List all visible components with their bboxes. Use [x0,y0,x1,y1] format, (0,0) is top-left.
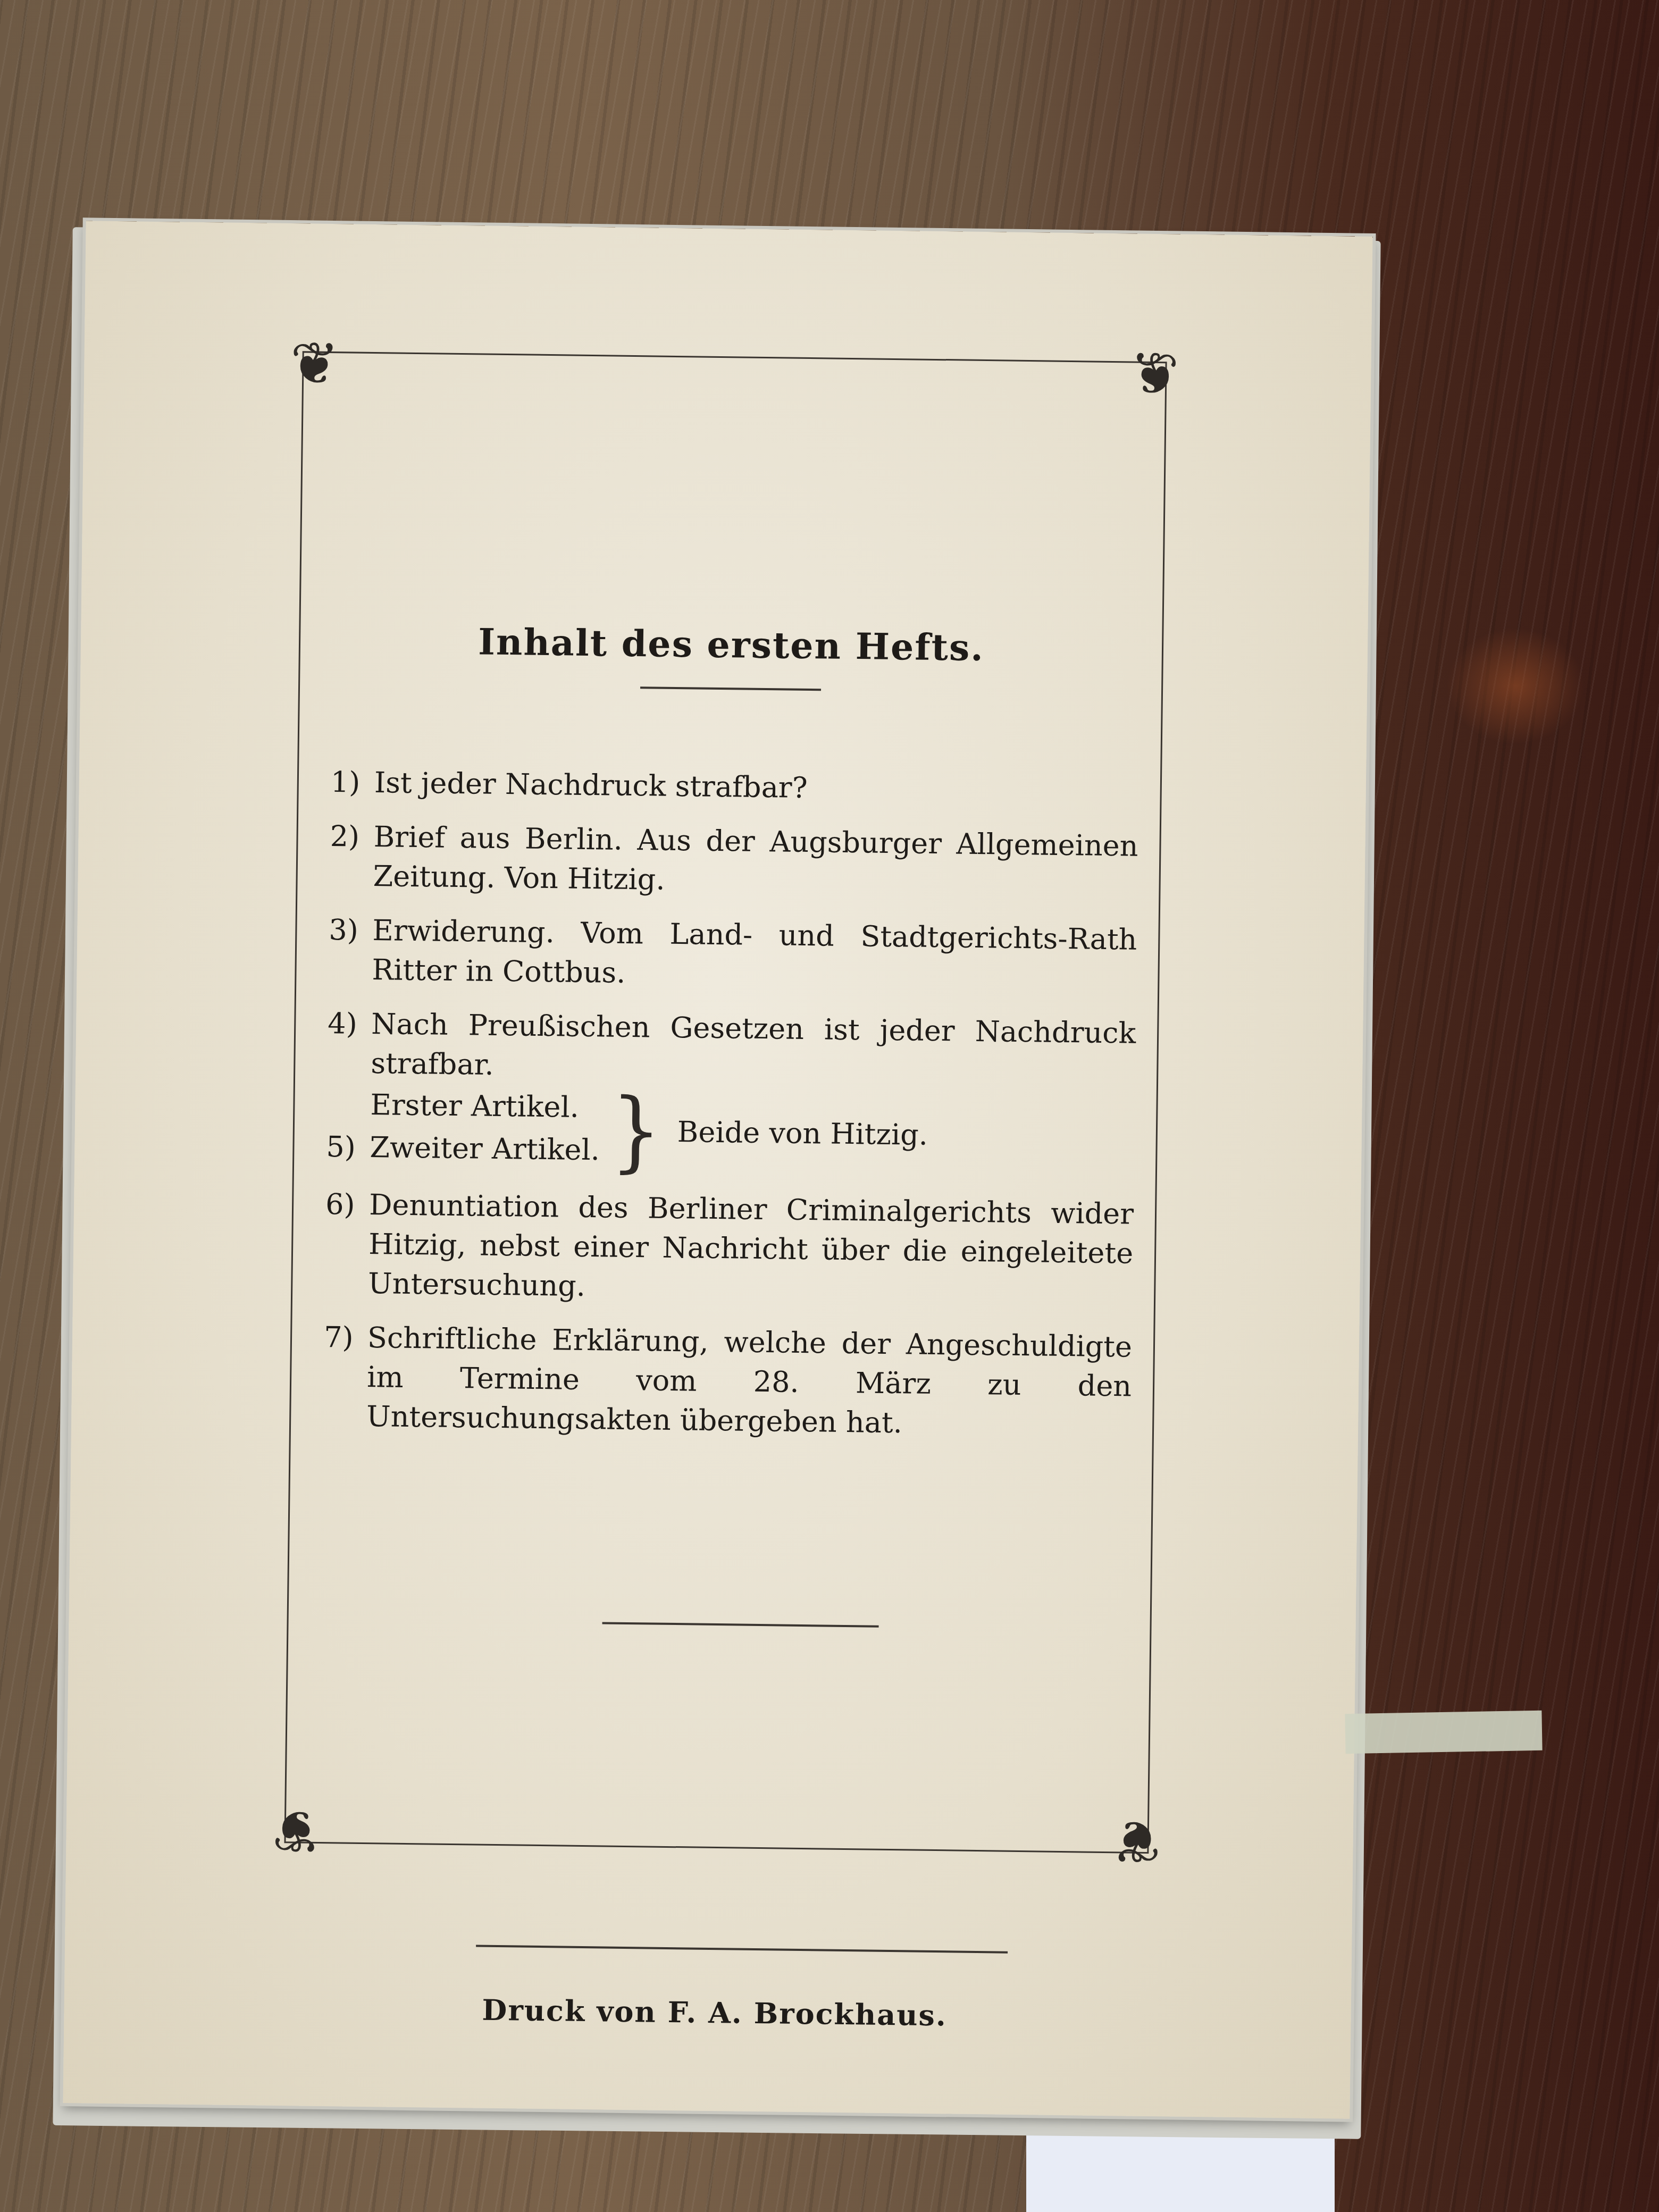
toc-entry: 6) Denuntiation des Berliner Criminalger… [324,1185,1134,1313]
entry-text: Brief aus Berlin. Aus der Augsburger All… [373,817,1138,906]
entry-text: Erwiderung. Vom Land- und Stadtgerichts-… [372,911,1137,999]
section-divider [602,1622,879,1627]
toc-entry: 7) Schriftliche Erklärung, welche der An… [323,1318,1133,1446]
ornamental-frame: ❦ ❦ ❦ ❦ Inhalt des ersten Hefts. 1) Ist … [284,351,1167,1854]
entry-number: 6) [324,1185,370,1303]
toc-entry: 1) Ist jeder Nachdruck strafbar? [330,763,1139,812]
entry-number [326,1085,371,1125]
toc-entry: 5) Zweiter Artikel. [326,1127,600,1170]
entry-number: 2) [329,817,374,896]
entry-number: 7) [323,1318,368,1436]
table-of-contents: 1) Ist jeder Nachdruck strafbar? 2) Brie… [322,763,1139,1460]
printer-imprint: Druck von F. A. Brockhaus. [283,1990,1145,2035]
title-divider [640,686,821,691]
entry-number: 1) [330,763,374,802]
wood-stain [1446,627,1585,744]
corner-ornament-icon: ❦ [1104,1809,1169,1873]
toc-entry: 3) Erwiderung. Vom Land- und Stadtgerich… [328,910,1137,999]
entry-number: 3) [328,910,373,990]
entry-number: 4) [327,1004,372,1083]
corner-ornament-icon: ❦ [1122,341,1187,406]
tape-strip [1345,1711,1542,1754]
brace-label: Beide von Hitzig. [677,1115,928,1152]
entry-text: Denuntiation des Berliner Criminalgerich… [368,1185,1134,1313]
entry-text: Nach Preußischen Gesetzen ist jeder Nach… [371,1004,1136,1093]
grouped-entries: Erster Artikel. 5) Zweiter Artikel. } Be… [326,1085,1135,1180]
imprint-divider [476,1945,1008,1954]
corner-ornament-icon: ❦ [264,1799,329,1863]
toc-entry: Erster Artikel. [326,1085,600,1127]
toc-entry: 4) Nach Preußischen Gesetzen ist jeder N… [327,1004,1136,1093]
corner-ornament-icon: ❦ [282,331,347,396]
entry-text: Erster Artikel. [370,1085,579,1127]
document-page: ❦ ❦ ❦ ❦ Inhalt des ersten Hefts. 1) Ist … [63,221,1372,2118]
toc-entry: 2) Brief aus Berlin. Aus der Augsburger … [329,817,1138,906]
entry-number: 5) [326,1127,370,1167]
entry-text: Zweiter Artikel. [370,1128,600,1170]
entry-text: Schriftliche Erklärung, welche der Anges… [366,1318,1133,1446]
brace-icon: } [610,1087,661,1175]
page-title: Inhalt des ersten Hefts. [300,618,1162,672]
entry-text: Ist jeder Nachdruck strafbar? [374,763,1139,812]
grouped-lines: Erster Artikel. 5) Zweiter Artikel. [326,1085,600,1173]
